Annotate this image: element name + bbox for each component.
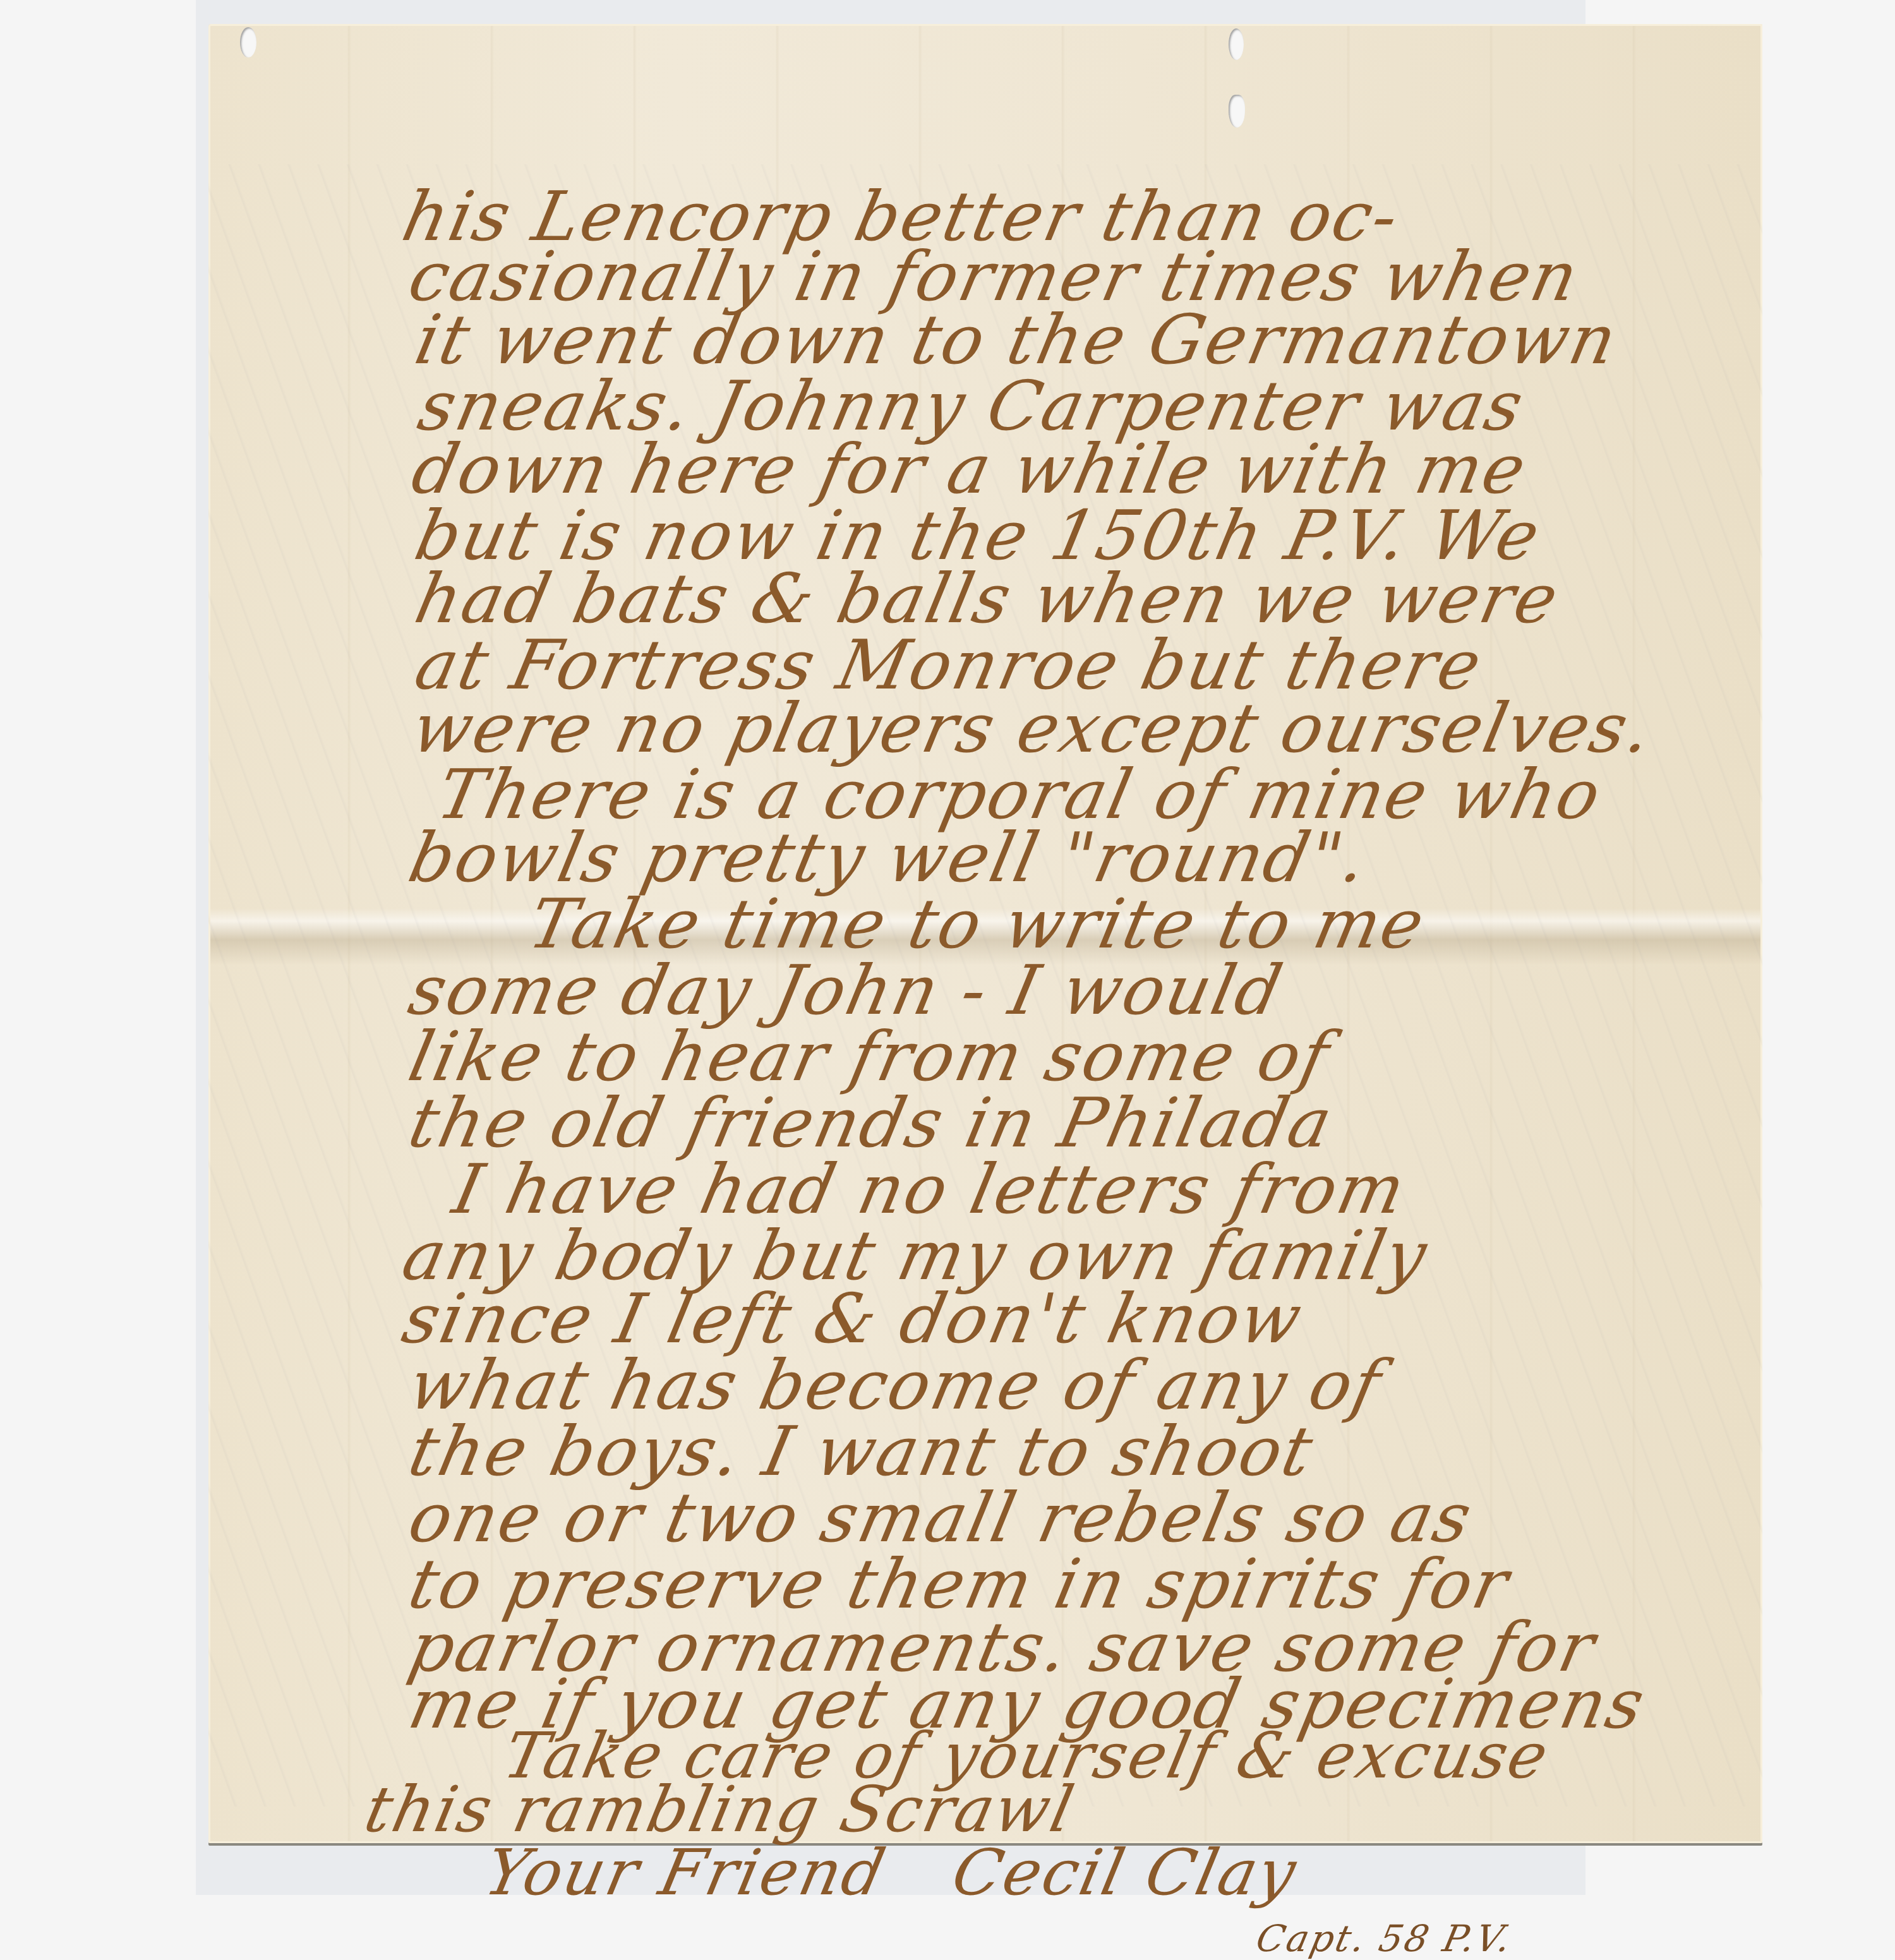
letter-line: since I left & don't know (397, 1285, 1309, 1354)
letter-line: what has become of any of (404, 1352, 1388, 1420)
letter-line: the boys. I want to shoot (404, 1418, 1320, 1486)
letter-line: down here for a while with me (407, 436, 1533, 504)
closing-line: this rambling Scrawl (359, 1778, 1080, 1841)
letter-line: were no players except ourselves. (407, 695, 1659, 763)
signature: Cecil Clay (947, 1841, 1302, 1895)
letter-line: some day John - I would (404, 957, 1289, 1025)
letter-line: it went down to the Germantown (410, 306, 1624, 375)
letter-line: Take time to write to me (524, 891, 1431, 959)
letter-line: the old friends in Philada (404, 1090, 1339, 1158)
letter-line: bowls pretty well "round". (404, 824, 1375, 893)
punch-hole-icon (1229, 28, 1244, 60)
letter-line: had bats & balls when we were (410, 565, 1565, 634)
letter-line: like to hear from some of (404, 1023, 1337, 1091)
punch-hole-icon (240, 27, 256, 57)
letter-line: I have had no letters from (448, 1156, 1412, 1224)
letter-line: one or two small rebels so as (404, 1484, 1479, 1553)
punch-hole-icon (1229, 95, 1245, 128)
closing-friend: Your Friend (479, 1841, 892, 1895)
